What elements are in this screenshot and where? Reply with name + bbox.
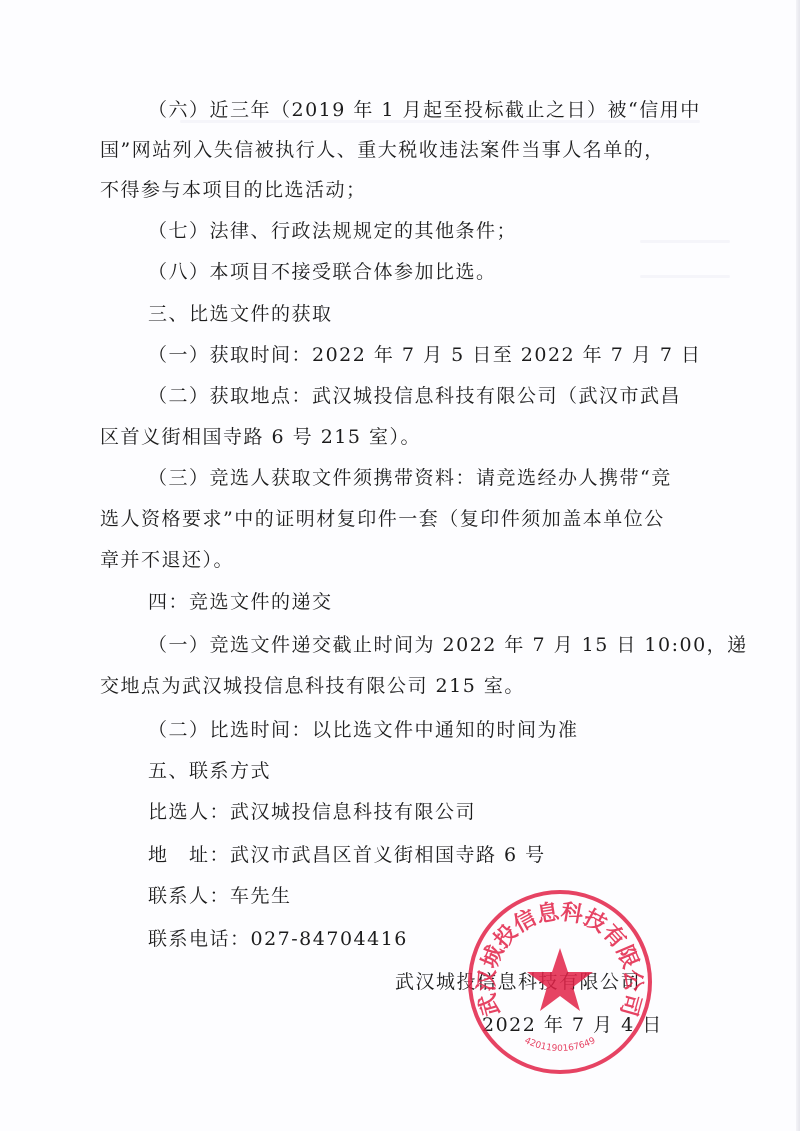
paragraph-line: 国”网站列入失信被执行人、重大税收违法案件当事人名单的， <box>100 138 665 162</box>
bleed-through-mark <box>640 275 730 278</box>
paragraph-line: （二）比选时间：以比选文件中通知的时间为准 <box>148 718 579 742</box>
paragraph-line: （一）获取时间：2022 年 7 月 5 日至 2022 年 7 月 7 日 <box>148 343 702 367</box>
signature-date: 2022 年 7 月 4 日 <box>482 1013 663 1037</box>
paragraph-line: 交地点为武汉城投信息科技有限公司 215 室。 <box>100 674 525 698</box>
signature-company: 武汉城投信息科技有限公司 <box>395 970 641 994</box>
paragraph-line: 章并不退还）。 <box>100 548 234 572</box>
paragraph-line: 不得参与本项目的比选活动； <box>100 178 367 202</box>
seal-number: 4201190167649 <box>523 1036 598 1054</box>
paragraph-line: （三）竞选人获取文件须携带资料：请竞选经办人携带“竞 <box>148 466 672 490</box>
paragraph-line: （八）本项目不接受联合体参加比选。 <box>148 260 497 284</box>
svg-text:4201190167649: 4201190167649 <box>523 1036 598 1054</box>
section-heading: 五、联系方式 <box>148 759 271 783</box>
section-heading: 四：竞选文件的递交 <box>148 590 333 614</box>
contact-line: 联系电话：027-84704416 <box>148 927 408 951</box>
paragraph-line: （七）法律、行政法规规定的其他条件； <box>148 219 517 243</box>
paragraph-line: （六）近三年（2019 年 1 月起至投标截止之日）被“信用中 <box>148 98 701 122</box>
paragraph-line: 选人资格要求”中的证明材复印件一套（复印件须加盖本单位公 <box>100 507 665 531</box>
seal-arc-text: 武汉城投信息科技有限公司 <box>474 899 645 1019</box>
paragraph-line: （二）获取地点：武汉城投信息科技有限公司（武汉市武昌 <box>148 384 681 408</box>
contact-line: 地 址：武汉市武昌区首义街相国寺路 6 号 <box>148 843 546 867</box>
page-edge <box>796 0 800 1131</box>
section-heading: 三、比选文件的获取 <box>148 302 333 326</box>
paragraph-line: （一）竞选文件递交截止时间为 2022 年 7 月 15 日 10:00，递 <box>148 633 748 657</box>
svg-text:武汉城投信息科技有限公司: 武汉城投信息科技有限公司 <box>474 899 645 1019</box>
paragraph-line: 区首义街相国寺路 6 号 215 室）。 <box>100 425 421 449</box>
contact-line: 比选人：武汉城投信息科技有限公司 <box>148 800 476 824</box>
contact-line: 联系人：车先生 <box>148 884 292 908</box>
bleed-through-mark <box>640 240 730 243</box>
